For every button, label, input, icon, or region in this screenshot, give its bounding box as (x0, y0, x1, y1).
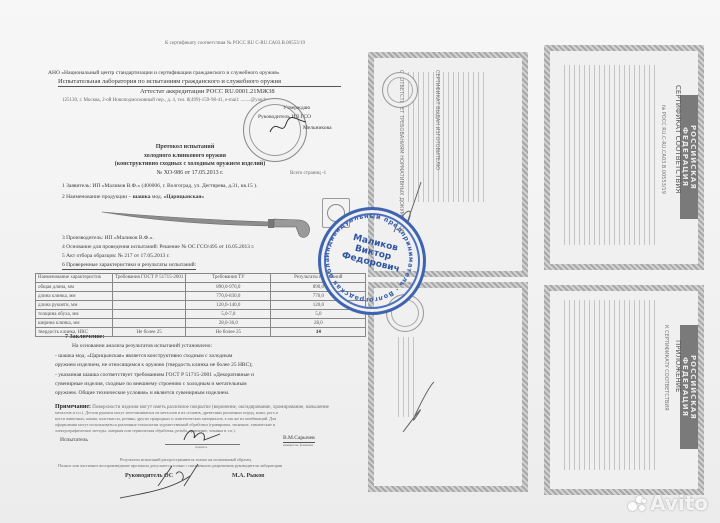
note-line4: оформления могут использоваться различны… (55, 423, 275, 427)
table-cell: длина клинка, мм (36, 292, 113, 301)
table-row: ширина клинка, мм28,0-36,028,0 (36, 319, 366, 328)
appendix-title: ПРИЛОЖЕНИЕ (674, 340, 682, 392)
appendix-signature (398, 377, 438, 437)
sword-image (100, 208, 315, 248)
protocol-title: Протокол испытаний (120, 144, 250, 150)
table-row: толщина обуха, мм5,0-7,05,0 (36, 310, 366, 319)
test-results-table: Наименование характеристик Требования ГО… (35, 273, 366, 337)
avito-watermark: Avito (628, 491, 708, 515)
note-line3: кости животных, камня, пластмассы, резин… (55, 417, 276, 421)
blue-seal-stamp: Индивидуальный предприниматель · Волгогр… (318, 207, 426, 315)
table-cell: общая длина, мм (36, 283, 113, 292)
protocol-scope: (конструктивно сходных с холодным оружие… (90, 161, 290, 167)
applicant: 1 Заявитель: ИП «Маликов В.Ф.» (400006, … (62, 184, 257, 190)
organization-name: АНО «Национальный центр стандартизации и… (48, 71, 280, 77)
table-header: Наименование характеристик (36, 274, 113, 283)
appendix-banner: РОССИЙСКАЯ ФЕДЕРАЦИЯ (680, 325, 698, 449)
table-cell: толщина обуха, мм (36, 310, 113, 319)
laboratory-name: Испытательная лаборатория по испытаниям … (58, 79, 341, 87)
avito-watermark-text: Avito (650, 491, 708, 515)
conclusion-heading: 7 Заключение: (65, 334, 104, 340)
protocol-subtitle: холодного клинкового оружия (110, 153, 260, 159)
tester-signature-caption: подпись (195, 446, 207, 450)
table-cell: 770,0-830,0 (186, 292, 271, 301)
conclusion-p1-line2: оружием изделием, не относящимся к оружи… (55, 363, 253, 369)
conclusion-p2-line3: оружием. Общие технические условия» и яв… (55, 391, 229, 397)
certificate-title: СЕРТИФИКАТ СООТВЕТСТВИЯ (674, 85, 682, 193)
table-cell: Не более 25 (113, 328, 186, 337)
table-cell (113, 292, 186, 301)
table-cell (113, 301, 186, 310)
certificate-banner: РОССИЙСКАЯ ФЕДЕРАЦИЯ (680, 95, 698, 219)
tester-label: Испытатель (60, 438, 88, 444)
tester-name-caption: инициалы, фамилия (283, 444, 313, 448)
protocol-number: № ХО-986 от 17.05.2013 г. (130, 170, 250, 176)
certificate-page-front: РОССИЙСКАЯ ФЕДЕРАЦИЯ СЕРТИФИКАТ СООТВЕТС… (544, 45, 704, 270)
table-row: длина рукояти, мм120,0-140,0120,0 (36, 301, 366, 310)
certificate-seal (382, 72, 418, 108)
table-cell: 5,0-7,0 (186, 310, 271, 319)
table-cell: 120,0-140,0 (186, 301, 271, 310)
certificate-number: № РОСС RU.С-RU.СА03.В.00553/19 (660, 105, 666, 194)
approval-signature (268, 116, 308, 138)
certificate-text-lines (564, 65, 659, 245)
table-row: длина клинка, мм770,0-830,0770,0 (36, 292, 366, 301)
tester-name: В.М.Сарычев (283, 436, 315, 443)
appendix-subtitle: К СЕРТИФИКАТУ СООТВЕТСТВИЯ (663, 325, 669, 411)
appendix-page-front: РОССИЙСКАЯ ФЕДЕРАЦИЯ ПРИЛОЖЕНИЕ К СЕРТИФ… (544, 285, 704, 495)
table-cell: 890,0-970,0 (186, 283, 271, 292)
head-signature (110, 462, 220, 502)
table-cell (113, 310, 186, 319)
conclusion-p2-line1: - указанная шашка соответствует требован… (55, 373, 254, 379)
conclusion-intro: На основании анализа результатов испытан… (72, 344, 212, 350)
table-header: Требования ГОСТ Р 51715-2001 (113, 274, 186, 283)
table-cell: длина рукояти, мм (36, 301, 113, 310)
table-cell: Не более 25 (186, 328, 271, 337)
table-cell: ширина клинка, мм (36, 319, 113, 328)
avito-logo-icon (628, 496, 648, 514)
head-name: М.А. Рыков (232, 473, 264, 479)
table-cell: 14 (271, 328, 366, 337)
certificate-issued-label: СЕРТИФИКАТ ВЫДАН ИЗГОТОВИТЕЛЮ (434, 70, 440, 170)
conclusion-p2-line2: сувенирные изделия, сходные по внешнему … (55, 382, 247, 388)
product-line: 2 Наименование продукции – шашка мод. «Ц… (62, 195, 204, 201)
conclusion-p1-line1: - шашка мод. «Царицынская» является конс… (55, 354, 232, 360)
table-cell (113, 319, 186, 328)
appendix-page-back (368, 282, 528, 492)
approval-label: Утверждаю (283, 106, 310, 112)
table-cell: 28,0 (271, 319, 366, 328)
checked-characteristics: 6 Проверенные характеристики и результат… (62, 263, 196, 270)
tester-signature (180, 426, 225, 446)
note-line2: металлов и т.п.). Детали рукояти могут и… (55, 411, 278, 415)
page-count: Всего страниц -1 (290, 171, 326, 176)
product-type: шашка (133, 194, 151, 200)
accreditation: Аттестат аккредитации РОСС RU.0001.21МЖ3… (140, 89, 275, 96)
manufacturer: 3 Производитель: ИП «Маликов В.Ф.». (62, 236, 154, 242)
table-row: общая длина, мм890,0-970,0890,0 (36, 283, 366, 292)
sampling-act: 5 Акт отбора образцов: № 217 от 17.05.20… (62, 254, 170, 260)
table-cell: 28,0-36,0 (186, 319, 271, 328)
lab-address: 125130, г. Москва, 2-ой Новоподмосковный… (62, 98, 275, 103)
test-basis: 4 Основание для проведения испытаний: Ре… (62, 245, 254, 251)
table-cell (113, 283, 186, 292)
product-prefix: 2 Наименование продукции – (62, 194, 133, 200)
table-header: Требования ТУ (186, 274, 271, 283)
certificate-reference: К сертификату соответствия № РОСС RU С-R… (165, 41, 305, 46)
product-mod: мод. (150, 194, 163, 200)
table-header-row: Наименование характеристик Требования ГО… (36, 274, 366, 283)
appendix-text-lines (564, 300, 659, 470)
product-name: «Царицынская» (163, 194, 204, 200)
